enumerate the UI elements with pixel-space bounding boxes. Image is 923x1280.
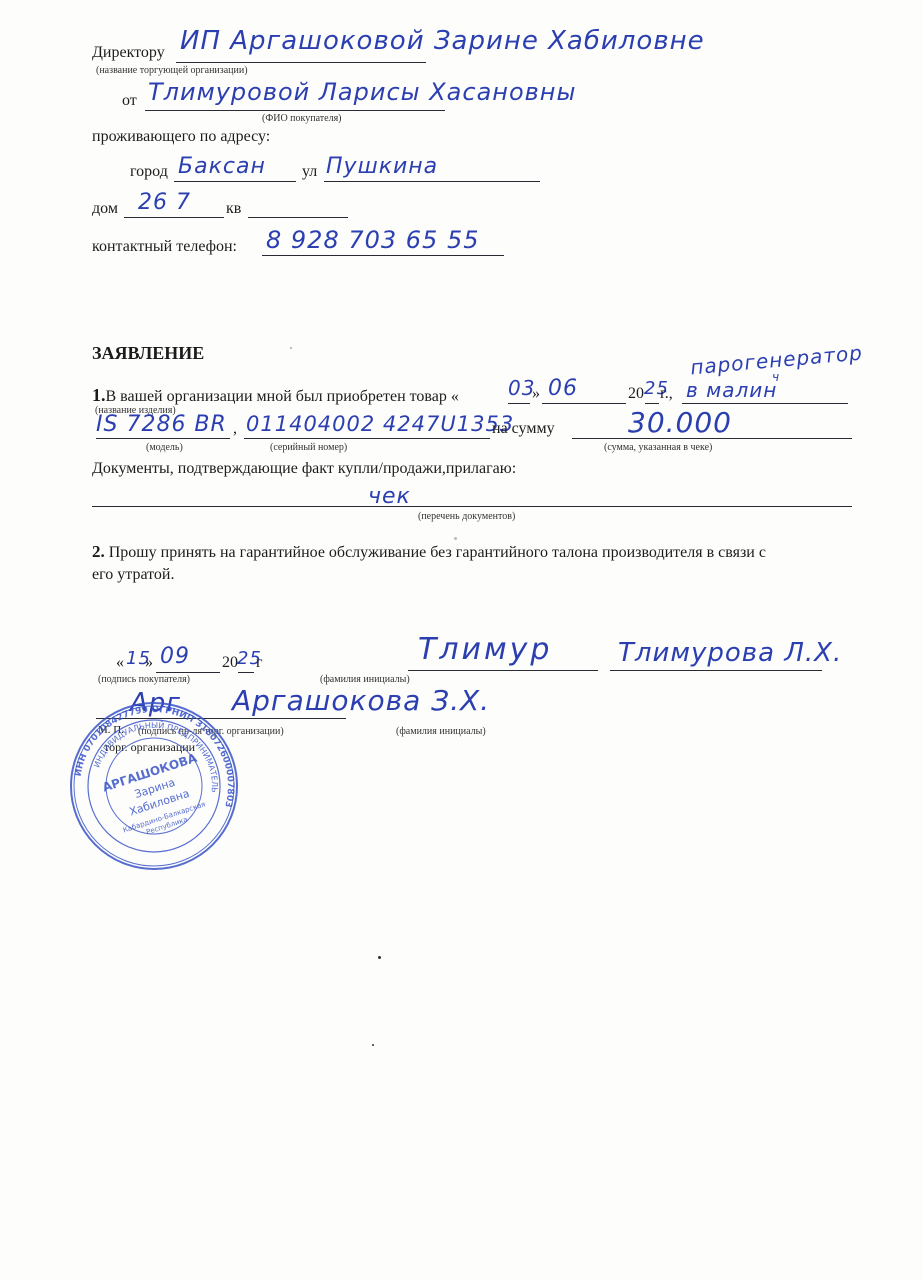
city-label: город: [130, 163, 168, 181]
year-underline: [645, 403, 659, 404]
buyer-signature-underline: [408, 670, 598, 671]
apt-label: кв: [226, 200, 241, 218]
apt-underline: [248, 217, 348, 218]
sum-value: 30.000: [628, 406, 732, 439]
sign-date-open: «: [116, 654, 124, 672]
docs-underline: [92, 506, 852, 507]
street-label: ул: [302, 163, 317, 181]
house-value: 26 7: [138, 190, 191, 215]
official-stamp: ИНН 070108427799 ОГРНИП 318072600007803 …: [68, 700, 240, 872]
sign-month: 09: [160, 644, 190, 669]
product-name: в малин: [686, 378, 777, 402]
year-prefix: 20: [628, 385, 644, 403]
purchase-month: 06: [548, 376, 578, 401]
stamp-seal-icon: ИНН 070108427799 ОГРНИП 318072600007803 …: [68, 700, 240, 872]
director-underline: [176, 62, 426, 63]
buyer-name: Тлимурова Л.Х.: [618, 638, 842, 668]
sum-caption: (сумма, указанная в чеке): [604, 442, 712, 453]
phone-underline: [262, 255, 504, 256]
director-label: Директору: [92, 44, 165, 62]
model-value: IS 7286 BR: [96, 412, 227, 437]
item1-line: 1.В вашей организации мной был приобрете…: [92, 385, 459, 406]
sum-label: на сумму: [492, 420, 555, 438]
sign-date-close: »: [145, 654, 153, 672]
document-title: ЗАЯВЛЕНИЕ: [92, 343, 204, 364]
model-caption: (модель): [146, 442, 183, 453]
item1-text: В вашей организации мной был приобретен …: [106, 388, 459, 405]
item1-number: 1.: [92, 385, 106, 405]
sign-year-underline: [238, 672, 254, 673]
scan-speck: [372, 1044, 374, 1046]
scan-speck: [378, 956, 381, 959]
docs-caption: (перечень документов): [418, 511, 515, 522]
date-close: »: [532, 385, 540, 403]
scan-speck: [290, 347, 292, 349]
buyer-sign-caption: (подпись покупателя): [98, 674, 190, 685]
serial-value: 011404002 4247U1353: [246, 412, 514, 436]
buyer-signature: Тлимур: [418, 632, 552, 667]
month-underline: [542, 403, 626, 404]
docs-value: чек: [368, 484, 411, 509]
street-value: Пушкина: [326, 154, 438, 179]
model-comma: ,: [233, 420, 237, 438]
product-note-mark: ч: [772, 370, 780, 384]
day-underline: [508, 403, 530, 404]
city-underline: [174, 181, 296, 182]
serial-underline: [244, 438, 490, 439]
model-underline: [96, 438, 230, 439]
sign-year-end: г: [256, 654, 263, 672]
city-value: Баксан: [178, 154, 266, 179]
seller-name-caption: (фамилия инициалы): [396, 726, 486, 737]
house-label: дом: [92, 200, 118, 218]
scan-speck: [454, 537, 457, 540]
from-value: Тлимуровой Ларисы Хасановны: [148, 78, 576, 106]
item2-number: 2.: [92, 542, 105, 561]
from-caption: (ФИО покупателя): [262, 113, 342, 124]
sign-year-prefix: 20: [222, 654, 238, 672]
house-underline: [124, 217, 224, 218]
docs-label: Документы, подтверждающие факт купли/про…: [92, 460, 516, 478]
phone-label: контактный телефон:: [92, 238, 237, 256]
director-caption: (название торгующей организации): [96, 65, 248, 76]
item2-text: Прошу принять на гарантийное обслуживани…: [109, 544, 766, 561]
product-underline: [682, 403, 848, 404]
year-end: г.,: [660, 385, 673, 403]
sign-month-underline: [156, 672, 220, 673]
serial-caption: (серийный номер): [270, 442, 347, 453]
street-underline: [324, 181, 540, 182]
seller-name: Аргашокова З.Х.: [232, 684, 490, 717]
phone-value: 8 928 703 65 55: [266, 226, 479, 254]
address-label: проживающего по адресу:: [92, 128, 270, 146]
item2-text-continued: его утратой.: [92, 566, 174, 584]
item2-line: 2. Прошу принять на гарантийное обслужив…: [92, 542, 766, 562]
director-value: ИП Аргашоковой Зарине Хабиловне: [180, 26, 705, 56]
from-label: от: [122, 92, 137, 110]
buyer-name-underline: [610, 670, 822, 671]
from-underline: [145, 110, 445, 111]
